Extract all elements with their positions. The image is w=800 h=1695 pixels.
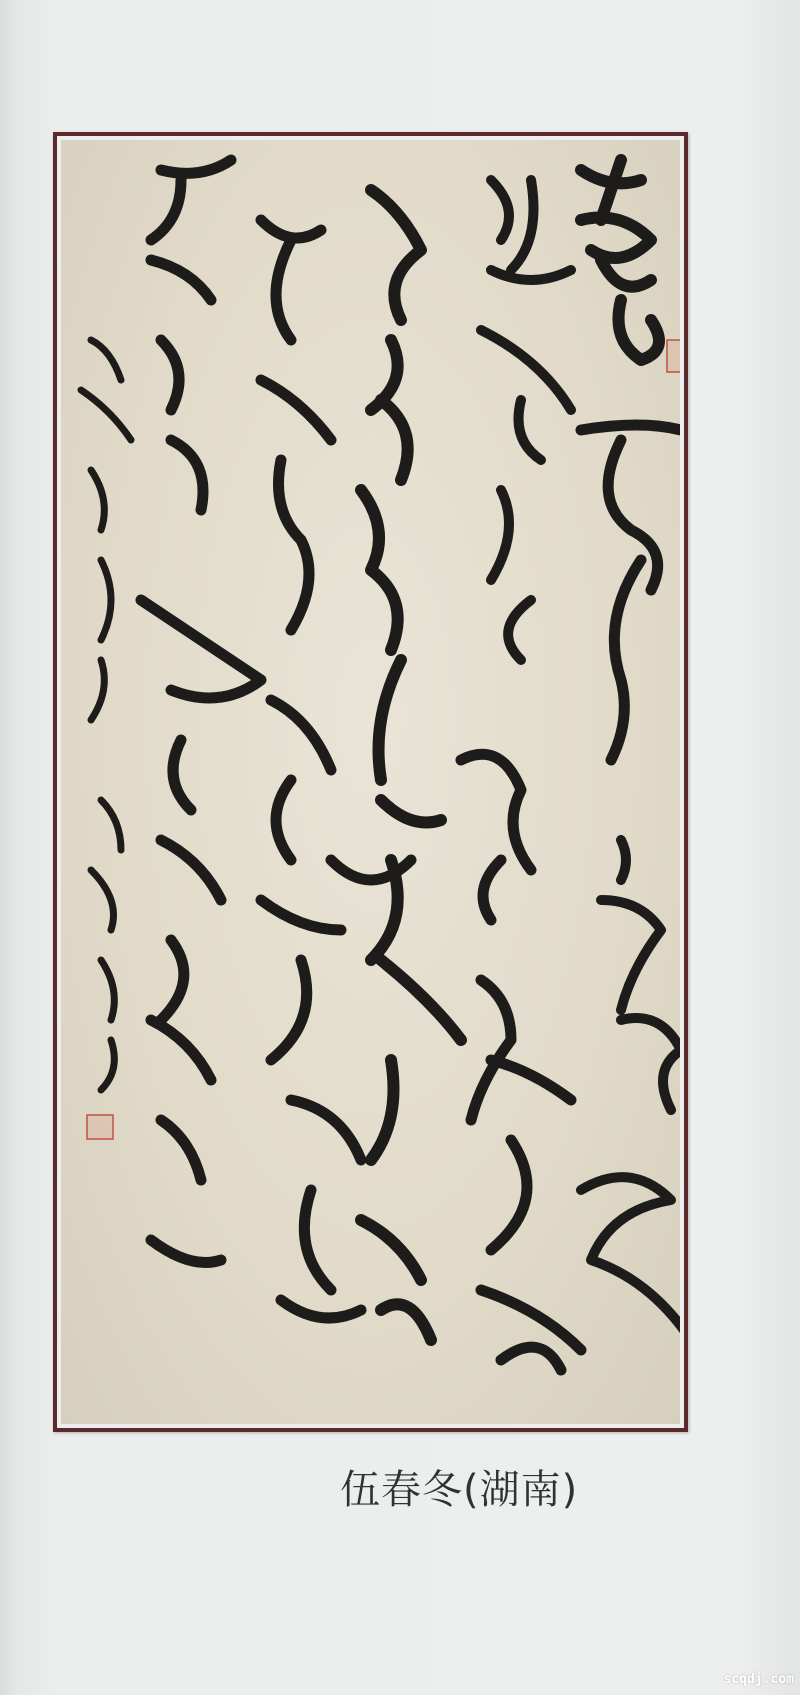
artist-caption: 伍春冬(湖南) (340, 1458, 578, 1515)
site-watermark: scqdj.com (724, 1672, 794, 1687)
picture-frame (53, 132, 688, 1432)
calligraphy-paper (61, 140, 680, 1424)
seal-top-right (667, 340, 680, 372)
calligraphy-strokes (61, 140, 680, 1424)
seal-bottom-left (87, 1115, 113, 1139)
